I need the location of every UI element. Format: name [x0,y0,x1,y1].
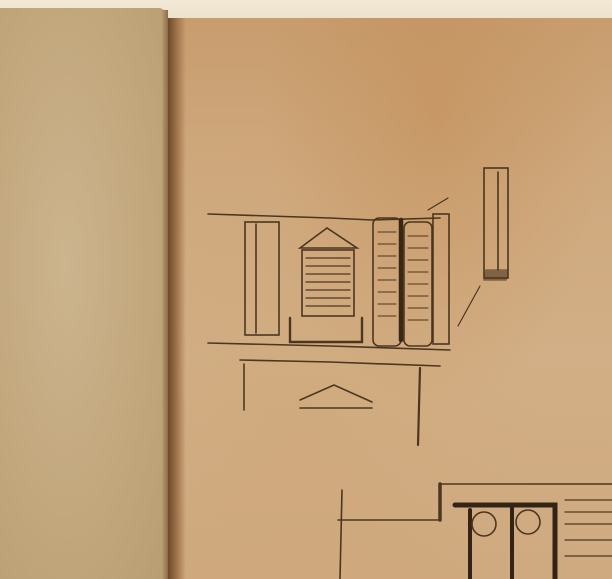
architectural-sketch [0,0,612,579]
